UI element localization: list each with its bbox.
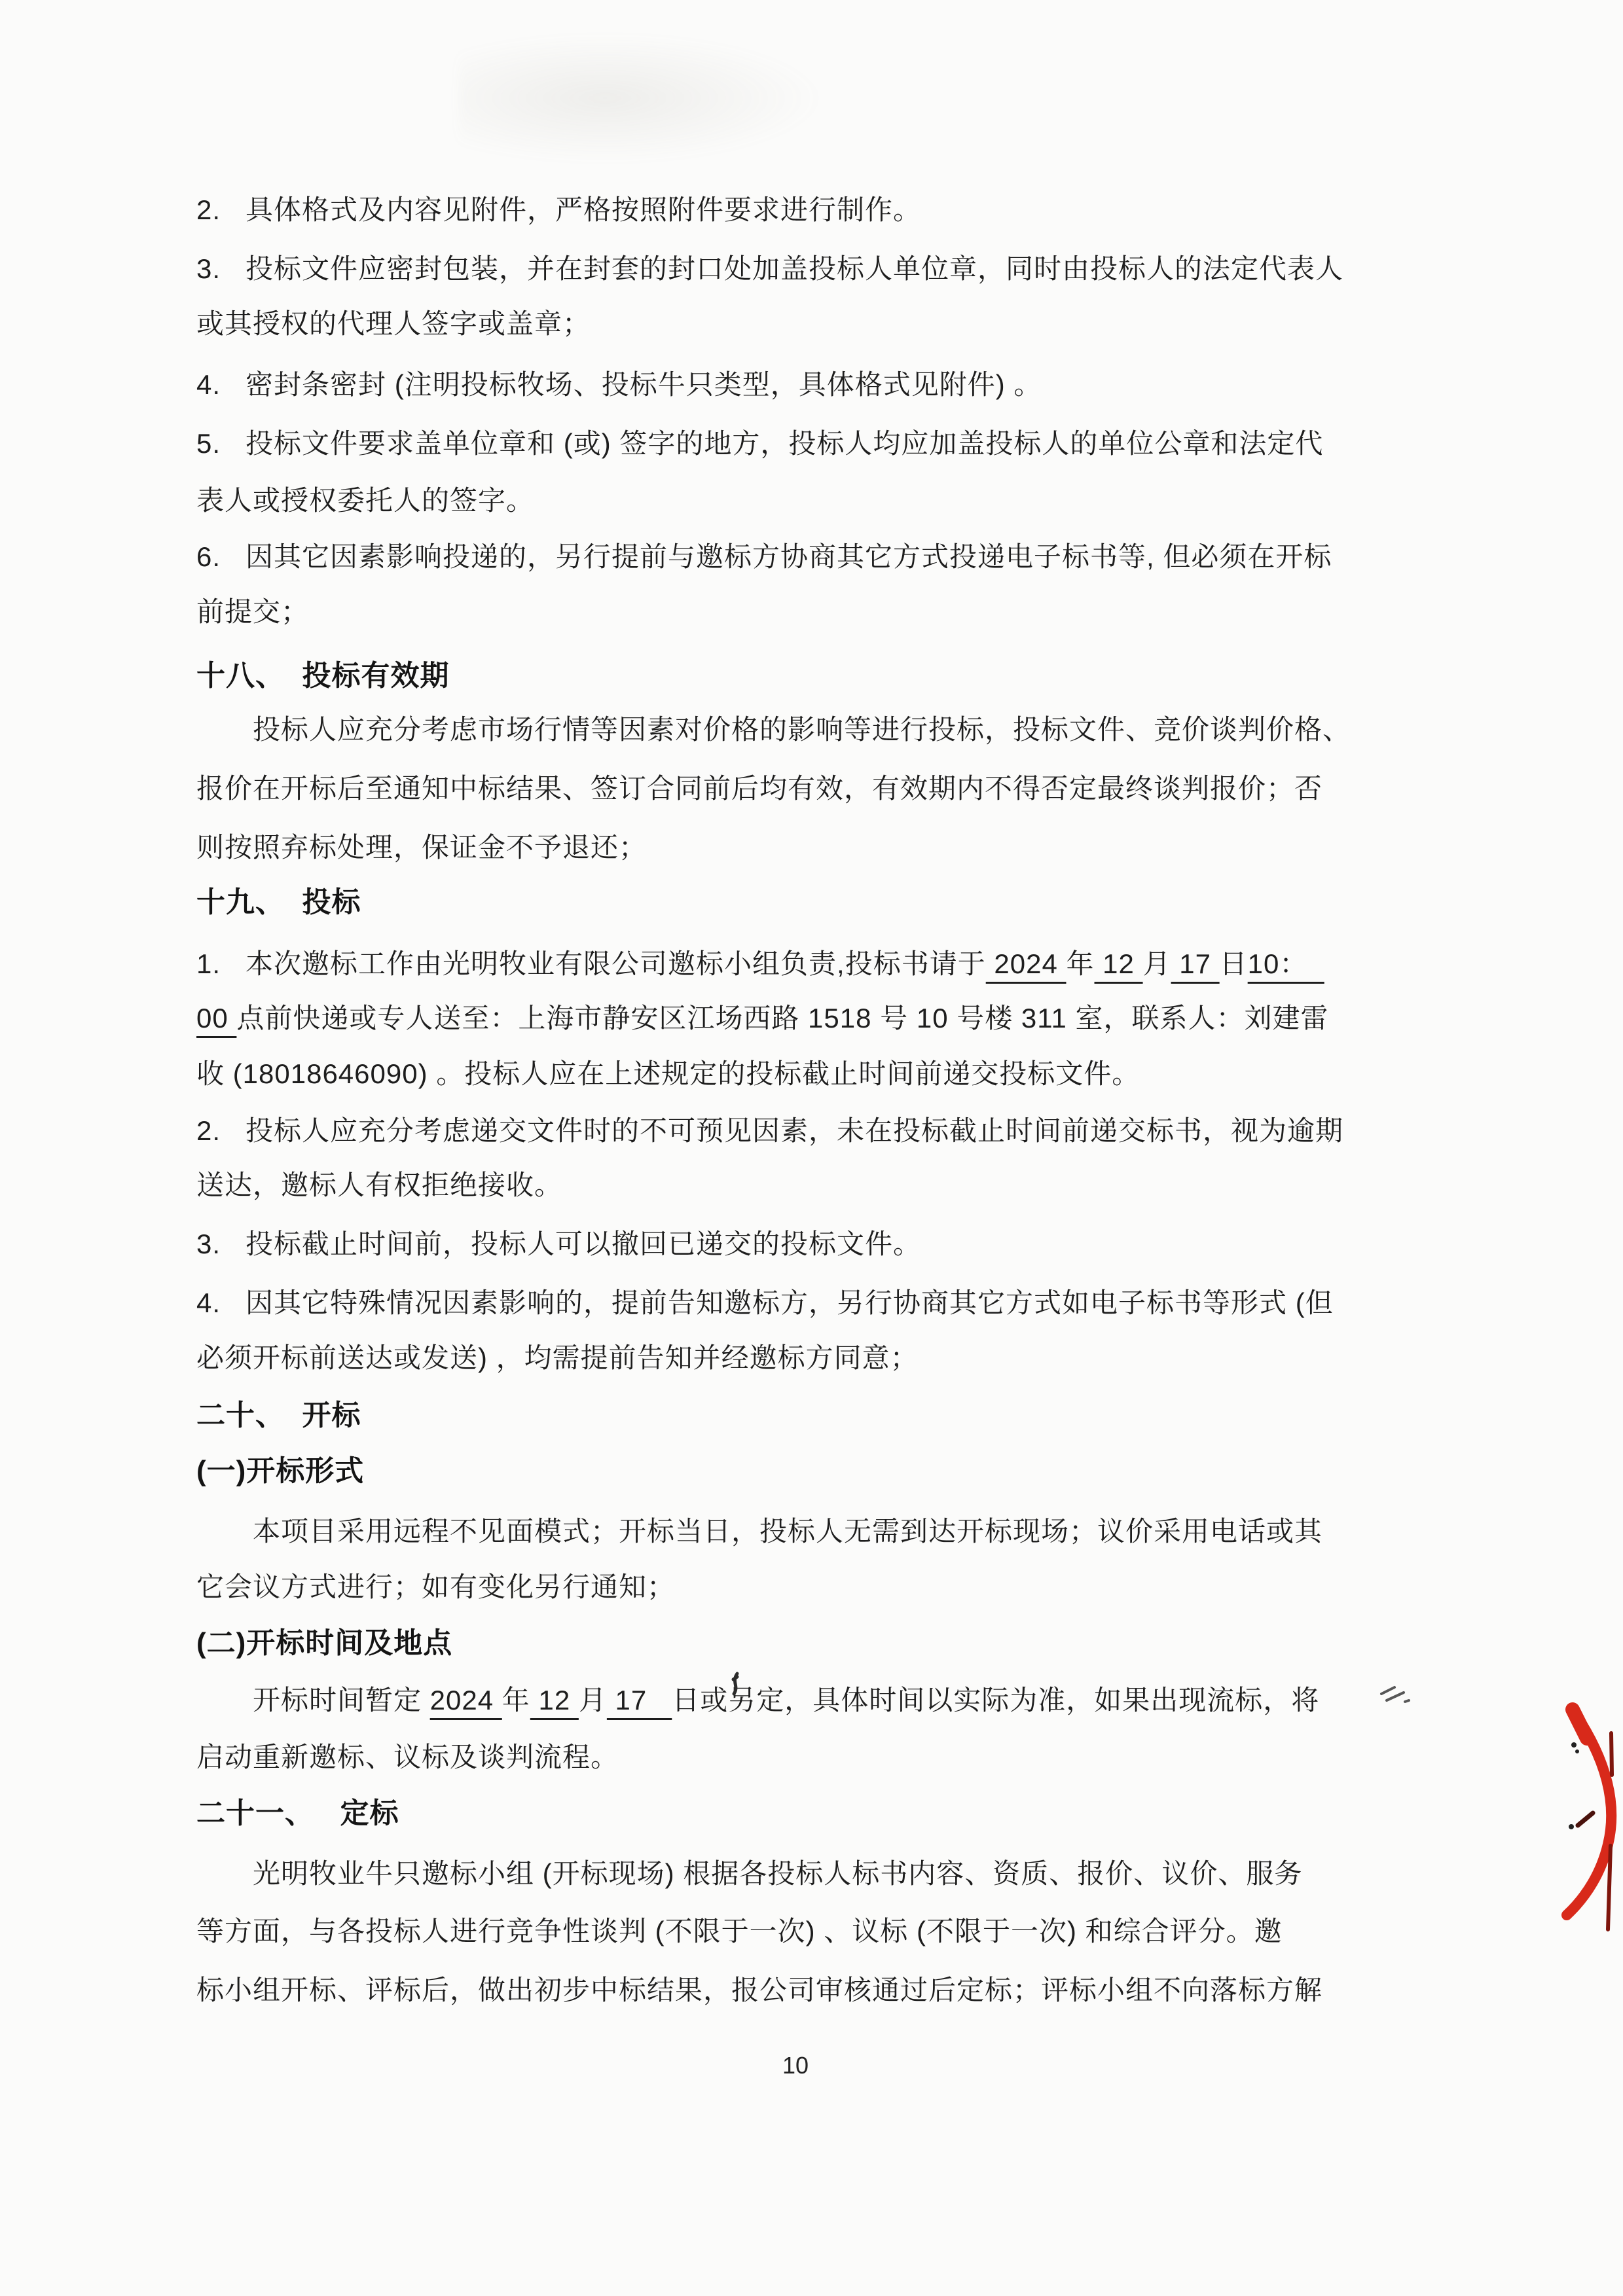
underlined-month-field: 12	[530, 1685, 579, 1715]
clause-19-4-line-1: 4. 因其它特殊情况因素影响的，提前告知邀标方，另行协商其它方式如电子标书等形式…	[196, 1285, 1480, 1321]
red-pen-arc-thick-start	[1573, 1710, 1587, 1738]
clause-19-1-line-2: 00 点前快递或专人送至：上海市静安区江场西路 1518 号 10 号楼 311…	[196, 1000, 1480, 1037]
ink-speck	[1571, 1742, 1577, 1748]
clause-line-5: 5. 投标文件要求盖单位章和 (或) 签字的地方，投标人均应加盖投标人的单位公章…	[196, 425, 1480, 462]
underlined-day-field: 17	[1171, 948, 1220, 979]
para-20-2-line-1: 开标时间暂定 2024 年 12 月 17 日或另定，具体时间以实际为准，如果出…	[253, 1682, 1536, 1719]
underlined-hour-field: 10：	[1248, 948, 1324, 979]
underlined-day-field: 17	[607, 1685, 672, 1715]
clause-line-2: 2. 具体格式及内容见附件，严格按照附件要求进行制作。	[196, 192, 1480, 228]
section-heading-19: 十九、 投标	[196, 884, 1480, 921]
clause-line-6-cont: 前提交；	[196, 594, 1480, 630]
section-heading-18: 十八、 投标有效期	[196, 658, 1480, 694]
para-18-line-1: 投标人应充分考虑市场行情等因素对价格的影响等进行投标，投标文件、竞价谈判价格、	[253, 711, 1536, 748]
para-20-1-line-1: 本项目采用远程不见面模式；开标当日，投标人无需到达开标现场；议价采用电话或其	[253, 1513, 1536, 1550]
text-run: 日或另定，具体时间以实际为准，如果出现流标，将	[672, 1685, 1319, 1715]
text-run: 月	[1143, 948, 1171, 979]
subheading-20-2: (二)开标时间及地点	[196, 1625, 1480, 1662]
underlined-year-field: 2024	[986, 948, 1067, 979]
clause-19-1-line-3: 收 (18018646090) 。投标人应在上述规定的投标截止时间前递交投标文件…	[196, 1056, 1480, 1092]
text-run: 点前快递或专人送至：上海市静安区江场西路 1518 号 10 号楼 311 室，…	[236, 1003, 1328, 1033]
clause-line-3-cont: 或其授权的代理人签字或盖章；	[196, 306, 1480, 342]
para-21-line-3: 标小组开标、评标后，做出初步中标结果，报公司审核通过后定标；评标小组不向落标方解	[196, 1972, 1480, 2009]
underlined-month-field: 12	[1095, 948, 1143, 979]
para-21-line-1: 光明牧业牛只邀标小组 (开标现场) 根据各投标人标书内容、资质、报价、议价、服务	[253, 1856, 1536, 1892]
underlined-year-field: 2024	[430, 1685, 502, 1715]
clause-19-2-line-1: 2. 投标人应充分考虑递交文件时的不可预见因素，未在投标截止时间前递交标书，视为…	[196, 1113, 1480, 1149]
para-20-1-line-2: 它会议方式进行；如有变化另行通知；	[196, 1569, 1480, 1605]
red-pen-thin-line-upper	[1611, 1733, 1612, 1775]
page-number: 10	[0, 2052, 1591, 2079]
section-heading-21: 二十一、 定标	[196, 1795, 1480, 1832]
clause-19-3: 3. 投标截止时间前，投标人可以撤回已递交的投标文件。	[196, 1226, 1480, 1263]
scanned-document-page: 2. 具体格式及内容见附件，严格按照附件要求进行制作。 3. 投标文件应密封包装…	[0, 0, 1623, 2296]
clause-line-3: 3. 投标文件应密封包装，并在封套的封口处加盖投标人单位章，同时由投标人的法定代…	[196, 251, 1480, 287]
clause-line-6: 6. 因其它因素影响投递的，另行提前与邀标方协商其它方式投递电子标书等, 但必须…	[196, 539, 1480, 575]
red-pen-thin-line-lower	[1608, 1846, 1611, 1929]
text-run: 月	[579, 1685, 607, 1715]
text-run: 日	[1220, 948, 1248, 979]
para-18-line-3: 则按照弃标处理，保证金不予退还；	[196, 829, 1480, 866]
text-run: 年	[502, 1685, 530, 1715]
text-run: 1. 本次邀标工作由光明牧业有限公司邀标小组负责,投标书请于	[196, 948, 986, 979]
clause-19-2-line-2: 送达，邀标人有权拒绝接收。	[196, 1167, 1480, 1204]
underlined-minute-field: 00	[196, 1003, 236, 1033]
para-20-2-line-2: 启动重新邀标、议标及谈判流程。	[196, 1739, 1480, 1776]
clause-19-1-line-1: 1. 本次邀标工作由光明牧业有限公司邀标小组负责,投标书请于 2024 年 12…	[196, 946, 1480, 982]
para-18-line-2: 报价在开标后至通知中标结果、签订合同前后均有效，有效期内不得否定最终谈判报价；否	[196, 770, 1480, 807]
subheading-20-1: (一)开标形式	[196, 1453, 1480, 1490]
section-heading-20: 二十、 开标	[196, 1397, 1480, 1434]
dark-red-dash	[1578, 1813, 1593, 1825]
clause-line-5-cont: 表人或授权委托人的签字。	[196, 482, 1480, 519]
red-pen-arc	[1567, 1710, 1611, 1915]
clause-19-4-line-2: 必须开标前送达或发送) ，均需提前告知并经邀标方同意；	[196, 1340, 1480, 1376]
text-run: 年	[1067, 948, 1095, 979]
clause-line-4: 4. 密封条密封 (注明投标牧场、投标牛只类型，具体格式见附件) 。	[196, 367, 1480, 403]
faint-ink-smudge	[458, 33, 825, 164]
text-run: 开标时间暂定	[253, 1685, 430, 1715]
ink-speck	[1575, 1749, 1579, 1753]
para-21-line-2: 等方面，与各投标人进行竞争性谈判 (不限于一次) 、议标 (不限于一次) 和综合…	[196, 1913, 1480, 1950]
ink-speck	[1569, 1824, 1574, 1829]
